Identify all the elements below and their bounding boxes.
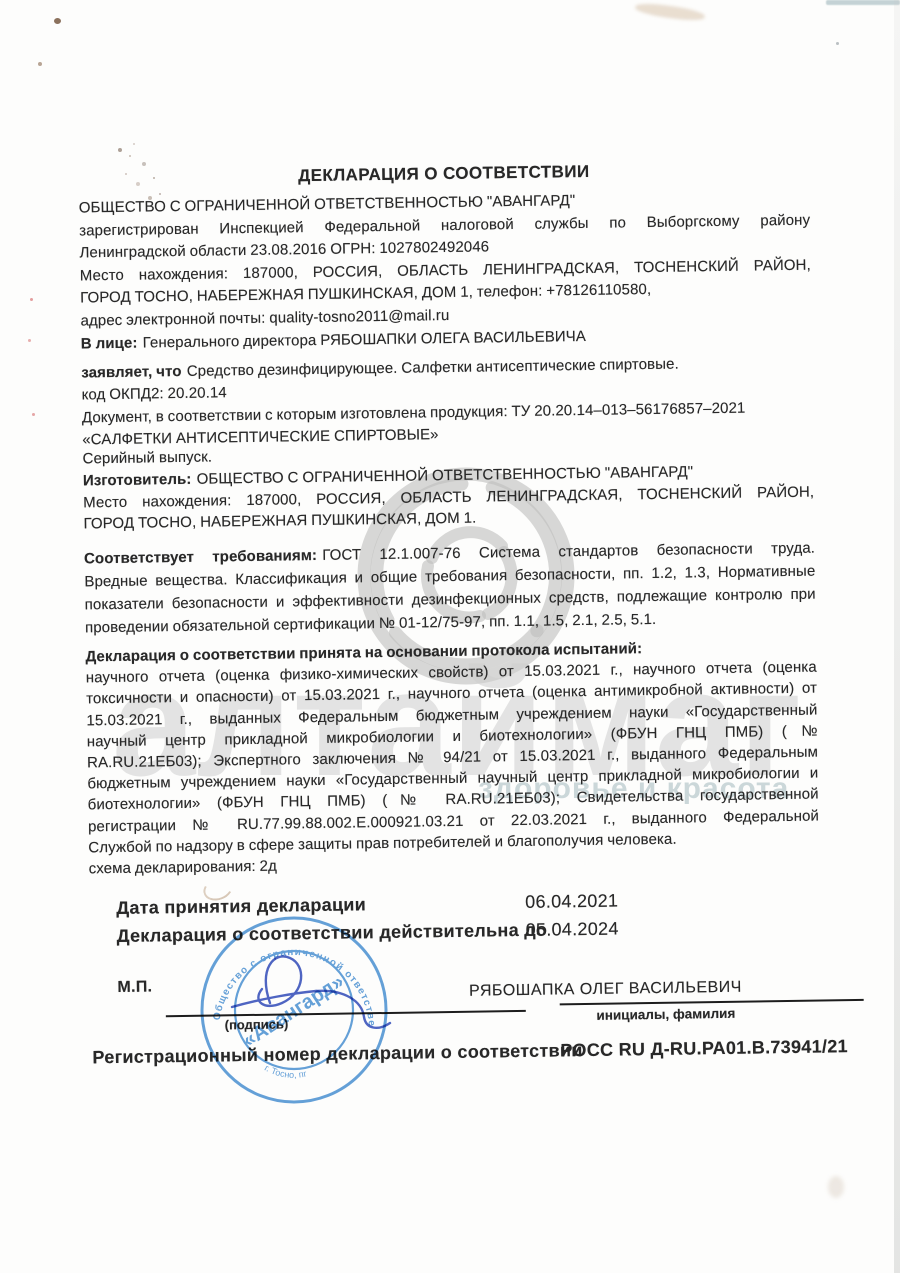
name-caption: инициалы, фамилия [576,1006,756,1024]
declares-text: Средство дезинфицирующее. Салфетки антис… [187,356,679,380]
person-text: Генерального директора РЯБОШАПКИ ОЛЕГА В… [143,328,586,352]
adoption-date-value: 06.04.2021 [525,891,618,913]
signatory-name: РЯБОШАПКА ОЛЕГ ВАСИЛЬЕВИЧ [435,978,775,1001]
valid-until-value: 05.04.2024 [525,919,618,941]
handwritten-signature [212,945,412,1050]
document-content: ДЕКЛАРАЦИЯ О СООТВЕТСТВИИ ОБЩЕСТВО С ОГР… [0,0,900,1273]
product-block: заявляет, чтоСредство дезинфицирующее. С… [81,352,813,452]
person-label: В лице: [81,335,138,353]
organization-block: ОБЩЕСТВО С ОГРАНИЧЕННОЙ ОТВЕТСТВЕННОСТЬЮ… [79,187,812,333]
basis-block: Декларация о соответствии принята на осн… [85,636,819,880]
conformity-label: Соответствует требованиям: [84,547,317,567]
stamp-place-label: М.П. [117,978,152,997]
document-title: ДЕКЛАРАЦИЯ О СООТВЕТСТВИИ [78,159,809,190]
stamp-bottom-text: г. Тосно, пг [263,1063,308,1080]
manufacturer-block: Серийный выпуск. Изготовитель:ОБЩЕСТВО С… [82,438,814,536]
registration-number-value: РОСС RU Д-RU.РА01.В.73941/21 [560,1036,848,1061]
manufacturer-label: Изготовитель: [83,471,192,490]
conformity-block: Соответствует требованиям:ГОСТ 12.1.007-… [84,537,816,640]
scanned-declaration-document: алтаймаг здоровье и красота ДЕКЛАРАЦИЯ О… [0,0,900,1273]
declares-label: заявляет, что [81,363,182,381]
name-line [560,999,864,1006]
